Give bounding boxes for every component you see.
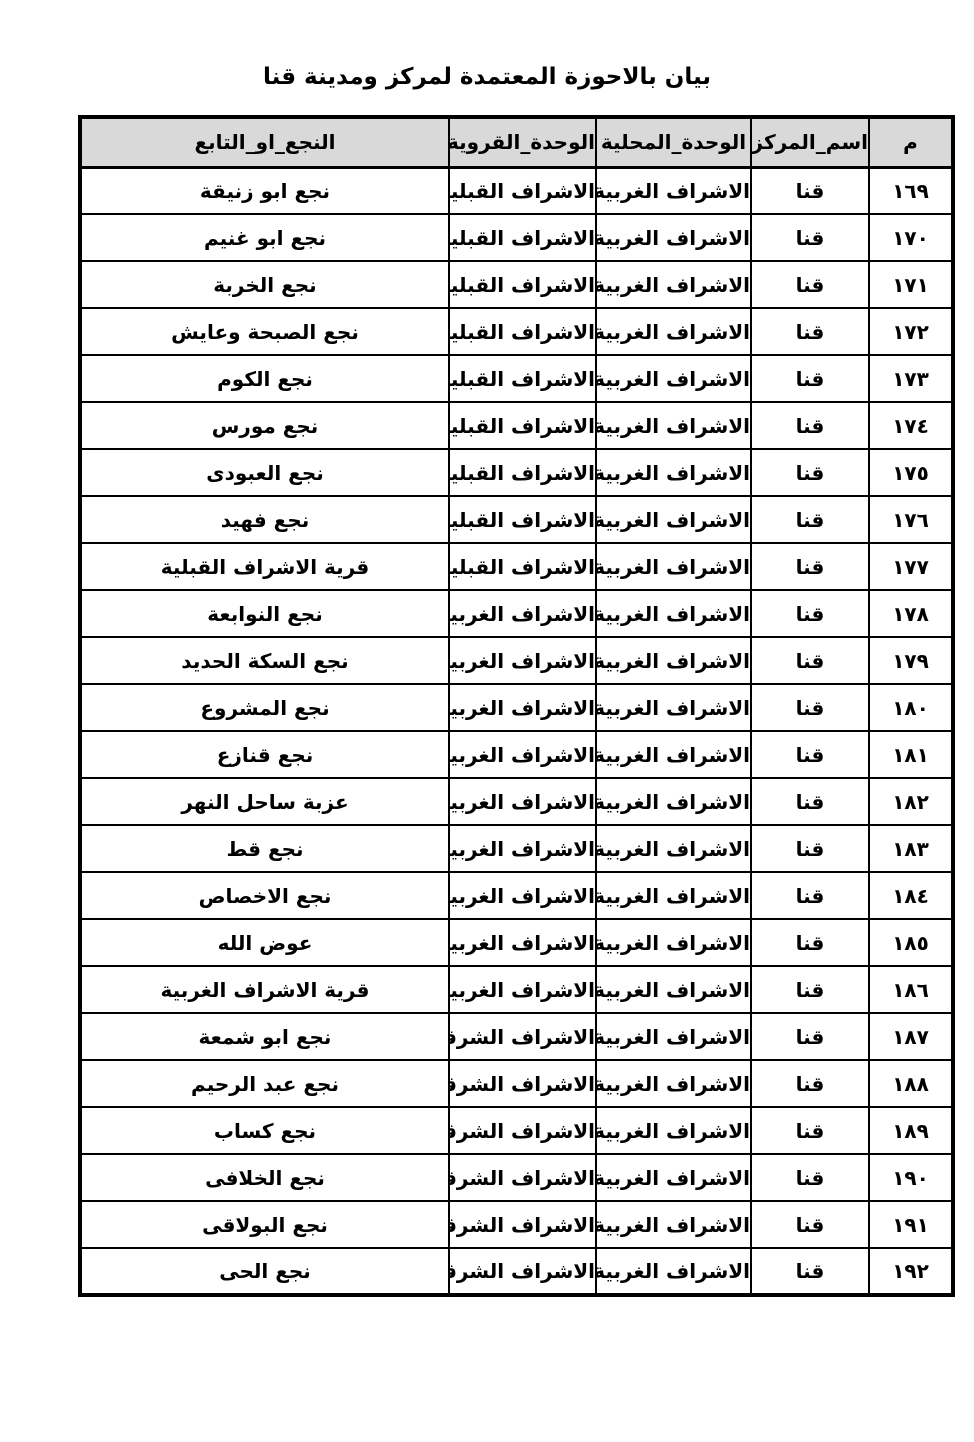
table-row: ١٧٥قناالاشراف الغربيةالاشراف القبليةنجع … bbox=[80, 449, 953, 496]
local-unit-cell: الاشراف الغربية bbox=[596, 449, 751, 496]
village-unit-cell: الاشراف القبلية bbox=[449, 355, 596, 402]
village-unit-cell: الاشراف الشرقية bbox=[449, 1060, 596, 1107]
local-unit-cell: الاشراف الغربية bbox=[596, 731, 751, 778]
center-name-cell: قنا bbox=[751, 167, 869, 214]
local-unit-cell: الاشراف الغربية bbox=[596, 167, 751, 214]
local-unit-cell: الاشراف الغربية bbox=[596, 308, 751, 355]
local-unit-cell: الاشراف الغربية bbox=[596, 919, 751, 966]
row-number-cell: ١٧١ bbox=[869, 261, 953, 308]
hamlet-cell: نجع الاخصاص bbox=[80, 872, 449, 919]
row-number-cell: ١٨٣ bbox=[869, 825, 953, 872]
table-row: ١٨٥قناالاشراف الغربيةالاشراف الغربيةعوض … bbox=[80, 919, 953, 966]
row-number-cell: ١٧٢ bbox=[869, 308, 953, 355]
row-number-cell: ١٦٩ bbox=[869, 167, 953, 214]
header-cell-local-unit: الوحدة_المحلية bbox=[596, 117, 751, 167]
table-row: ١٨٠قناالاشراف الغربيةالاشراف الغربيةنجع … bbox=[80, 684, 953, 731]
row-number-cell: ١٨٦ bbox=[869, 966, 953, 1013]
table-row: ١٨٨قناالاشراف الغربيةالاشراف الشرقيةنجع … bbox=[80, 1060, 953, 1107]
row-number-cell: ١٨١ bbox=[869, 731, 953, 778]
header-cell-center-name: اسم_المركز bbox=[751, 117, 869, 167]
table-row: ١٨٢قناالاشراف الغربيةالاشراف الغربيةعزبة… bbox=[80, 778, 953, 825]
center-name-cell: قنا bbox=[751, 355, 869, 402]
row-number-cell: ١٧٦ bbox=[869, 496, 953, 543]
hamlet-cell: عوض الله bbox=[80, 919, 449, 966]
village-unit-cell: الاشراف الغربية bbox=[449, 872, 596, 919]
row-number-cell: ١٧٤ bbox=[869, 402, 953, 449]
local-unit-cell: الاشراف الغربية bbox=[596, 1060, 751, 1107]
hamlet-cell: نجع المشروع bbox=[80, 684, 449, 731]
village-unit-cell: الاشراف الشرقية bbox=[449, 1013, 596, 1060]
table-row: ١٨١قناالاشراف الغربيةالاشراف الغربيةنجع … bbox=[80, 731, 953, 778]
table-row: ١٧٤قناالاشراف الغربيةالاشراف القبليةنجع … bbox=[80, 402, 953, 449]
hamlet-cell: نجع قط bbox=[80, 825, 449, 872]
table-row: ١٨٧قناالاشراف الغربيةالاشراف الشرقيةنجع … bbox=[80, 1013, 953, 1060]
village-unit-cell: الاشراف الغربية bbox=[449, 966, 596, 1013]
header-cell-village-unit: الوحدة_القروية bbox=[449, 117, 596, 167]
hamlet-cell: نجع الخلافى bbox=[80, 1154, 449, 1201]
hamlet-cell: نجع ابو زنيقة bbox=[80, 167, 449, 214]
hamlet-cell: نجع النوابعة bbox=[80, 590, 449, 637]
center-name-cell: قنا bbox=[751, 496, 869, 543]
hamlet-cell: نجع الحى bbox=[80, 1248, 449, 1295]
center-name-cell: قنا bbox=[751, 919, 869, 966]
table-row: ١٧٧قناالاشراف الغربيةالاشراف القبليةقرية… bbox=[80, 543, 953, 590]
center-name-cell: قنا bbox=[751, 1013, 869, 1060]
center-name-cell: قنا bbox=[751, 449, 869, 496]
table-body: ١٦٩قناالاشراف الغربيةالاشراف القبليةنجع … bbox=[80, 167, 953, 1295]
local-unit-cell: الاشراف الغربية bbox=[596, 496, 751, 543]
table-row: ١٧١قناالاشراف الغربيةالاشراف القبليةنجع … bbox=[80, 261, 953, 308]
hamlet-cell: نجع ابو غنيم bbox=[80, 214, 449, 261]
table-row: ١٧٢قناالاشراف الغربيةالاشراف القبليةنجع … bbox=[80, 308, 953, 355]
center-name-cell: قنا bbox=[751, 825, 869, 872]
village-unit-cell: الاشراف القبلية bbox=[449, 449, 596, 496]
table-row: ١٧٨قناالاشراف الغربيةالاشراف الغربيةنجع … bbox=[80, 590, 953, 637]
table-row: ١٨٣قناالاشراف الغربيةالاشراف الغربيةنجع … bbox=[80, 825, 953, 872]
row-number-cell: ١٧٠ bbox=[869, 214, 953, 261]
row-number-cell: ١٨٧ bbox=[869, 1013, 953, 1060]
hamlet-cell: نجع الخربة bbox=[80, 261, 449, 308]
local-unit-cell: الاشراف الغربية bbox=[596, 778, 751, 825]
center-name-cell: قنا bbox=[751, 778, 869, 825]
row-number-cell: ١٨٤ bbox=[869, 872, 953, 919]
village-unit-cell: الاشراف الغربية bbox=[449, 637, 596, 684]
header-row: ماسم_المركزالوحدة_المحليةالوحدة_القرويةا… bbox=[80, 117, 953, 167]
hamlet-cell: نجع مورس bbox=[80, 402, 449, 449]
document-page: بيان بالاحوزة المعتمدة لمركز ومدينة قنا … bbox=[0, 0, 974, 1442]
table-row: ١٧٦قناالاشراف الغربيةالاشراف القبليةنجع … bbox=[80, 496, 953, 543]
center-name-cell: قنا bbox=[751, 543, 869, 590]
row-number-cell: ١٩٠ bbox=[869, 1154, 953, 1201]
center-name-cell: قنا bbox=[751, 402, 869, 449]
village-unit-cell: الاشراف الغربية bbox=[449, 778, 596, 825]
center-name-cell: قنا bbox=[751, 261, 869, 308]
village-unit-cell: الاشراف الغربية bbox=[449, 590, 596, 637]
center-name-cell: قنا bbox=[751, 872, 869, 919]
center-name-cell: قنا bbox=[751, 1201, 869, 1248]
row-number-cell: ١٩٢ bbox=[869, 1248, 953, 1295]
center-name-cell: قنا bbox=[751, 637, 869, 684]
local-unit-cell: الاشراف الغربية bbox=[596, 590, 751, 637]
page-title: بيان بالاحوزة المعتمدة لمركز ومدينة قنا bbox=[0, 64, 974, 90]
table-row: ١٧٠قناالاشراف الغربيةالاشراف القبليةنجع … bbox=[80, 214, 953, 261]
hamlet-cell: نجع الكوم bbox=[80, 355, 449, 402]
local-unit-cell: الاشراف الغربية bbox=[596, 543, 751, 590]
village-unit-cell: الاشراف القبلية bbox=[449, 214, 596, 261]
village-unit-cell: الاشراف القبلية bbox=[449, 167, 596, 214]
table-row: ١٩٠قناالاشراف الغربيةالاشراف الشرقيةنجع … bbox=[80, 1154, 953, 1201]
table-row: ١٩٢قناالاشراف الغربيةالاشراف الشرقيةنجع … bbox=[80, 1248, 953, 1295]
center-name-cell: قنا bbox=[751, 684, 869, 731]
local-unit-cell: الاشراف الغربية bbox=[596, 1248, 751, 1295]
table-row: ١٨٩قناالاشراف الغربيةالاشراف الشرقيةنجع … bbox=[80, 1107, 953, 1154]
hamlet-cell: نجع كساب bbox=[80, 1107, 449, 1154]
table-row: ١٦٩قناالاشراف الغربيةالاشراف القبليةنجع … bbox=[80, 167, 953, 214]
row-number-cell: ١٨٠ bbox=[869, 684, 953, 731]
local-unit-cell: الاشراف الغربية bbox=[596, 966, 751, 1013]
hamlet-cell: نجع قنازع bbox=[80, 731, 449, 778]
village-unit-cell: الاشراف الغربية bbox=[449, 825, 596, 872]
village-unit-cell: الاشراف الشرقية bbox=[449, 1154, 596, 1201]
hamlet-cell: نجع فهيد bbox=[80, 496, 449, 543]
village-unit-cell: الاشراف الغربية bbox=[449, 684, 596, 731]
village-unit-cell: الاشراف القبلية bbox=[449, 308, 596, 355]
table-row: ١٩١قناالاشراف الغربيةالاشراف الشرقيةنجع … bbox=[80, 1201, 953, 1248]
hamlet-cell: نجع ابو شمعة bbox=[80, 1013, 449, 1060]
header-cell-number: م bbox=[869, 117, 953, 167]
village-unit-cell: الاشراف القبلية bbox=[449, 543, 596, 590]
table-row: ١٨٤قناالاشراف الغربيةالاشراف الغربيةنجع … bbox=[80, 872, 953, 919]
row-number-cell: ١٧٩ bbox=[869, 637, 953, 684]
village-unit-cell: الاشراف الغربية bbox=[449, 731, 596, 778]
center-name-cell: قنا bbox=[751, 731, 869, 778]
local-unit-cell: الاشراف الغربية bbox=[596, 637, 751, 684]
table-row: ١٧٩قناالاشراف الغربيةالاشراف الغربيةنجع … bbox=[80, 637, 953, 684]
table-header: ماسم_المركزالوحدة_المحليةالوحدة_القرويةا… bbox=[80, 117, 953, 167]
hamlet-cell: قرية الاشراف الغربية bbox=[80, 966, 449, 1013]
local-unit-cell: الاشراف الغربية bbox=[596, 825, 751, 872]
center-name-cell: قنا bbox=[751, 1248, 869, 1295]
village-unit-cell: الاشراف الشرقية bbox=[449, 1107, 596, 1154]
row-number-cell: ١٨٥ bbox=[869, 919, 953, 966]
table-row: ١٧٣قناالاشراف الغربيةالاشراف القبليةنجع … bbox=[80, 355, 953, 402]
local-unit-cell: الاشراف الغربية bbox=[596, 872, 751, 919]
village-unit-cell: الاشراف الشرقية bbox=[449, 1248, 596, 1295]
districts-table: ماسم_المركزالوحدة_المحليةالوحدة_القرويةا… bbox=[78, 115, 955, 1297]
center-name-cell: قنا bbox=[751, 308, 869, 355]
local-unit-cell: الاشراف الغربية bbox=[596, 684, 751, 731]
center-name-cell: قنا bbox=[751, 214, 869, 261]
village-unit-cell: الاشراف القبلية bbox=[449, 261, 596, 308]
local-unit-cell: الاشراف الغربية bbox=[596, 1013, 751, 1060]
local-unit-cell: الاشراف الغربية bbox=[596, 1154, 751, 1201]
hamlet-cell: قرية الاشراف القبلية bbox=[80, 543, 449, 590]
header-cell-hamlet-or-affiliate: النجع_او_التابع bbox=[80, 117, 449, 167]
row-number-cell: ١٩١ bbox=[869, 1201, 953, 1248]
hamlet-cell: نجع الصبحة وعايش bbox=[80, 308, 449, 355]
local-unit-cell: الاشراف الغربية bbox=[596, 402, 751, 449]
local-unit-cell: الاشراف الغربية bbox=[596, 261, 751, 308]
local-unit-cell: الاشراف الغربية bbox=[596, 1201, 751, 1248]
center-name-cell: قنا bbox=[751, 1060, 869, 1107]
row-number-cell: ١٨٩ bbox=[869, 1107, 953, 1154]
hamlet-cell: نجع عبد الرحيم bbox=[80, 1060, 449, 1107]
center-name-cell: قنا bbox=[751, 966, 869, 1013]
row-number-cell: ١٧٨ bbox=[869, 590, 953, 637]
village-unit-cell: الاشراف الشرقية bbox=[449, 1201, 596, 1248]
center-name-cell: قنا bbox=[751, 1107, 869, 1154]
hamlet-cell: عزبة ساحل النهر bbox=[80, 778, 449, 825]
center-name-cell: قنا bbox=[751, 1154, 869, 1201]
row-number-cell: ١٨٨ bbox=[869, 1060, 953, 1107]
center-name-cell: قنا bbox=[751, 590, 869, 637]
local-unit-cell: الاشراف الغربية bbox=[596, 1107, 751, 1154]
village-unit-cell: الاشراف الغربية bbox=[449, 919, 596, 966]
local-unit-cell: الاشراف الغربية bbox=[596, 214, 751, 261]
row-number-cell: ١٧٥ bbox=[869, 449, 953, 496]
table-row: ١٨٦قناالاشراف الغربيةالاشراف الغربيةقرية… bbox=[80, 966, 953, 1013]
hamlet-cell: نجع العبودى bbox=[80, 449, 449, 496]
hamlet-cell: نجع البولاقى bbox=[80, 1201, 449, 1248]
local-unit-cell: الاشراف الغربية bbox=[596, 355, 751, 402]
row-number-cell: ١٧٣ bbox=[869, 355, 953, 402]
row-number-cell: ١٨٢ bbox=[869, 778, 953, 825]
village-unit-cell: الاشراف القبلية bbox=[449, 496, 596, 543]
row-number-cell: ١٧٧ bbox=[869, 543, 953, 590]
village-unit-cell: الاشراف القبلية bbox=[449, 402, 596, 449]
hamlet-cell: نجع السكة الحديد bbox=[80, 637, 449, 684]
